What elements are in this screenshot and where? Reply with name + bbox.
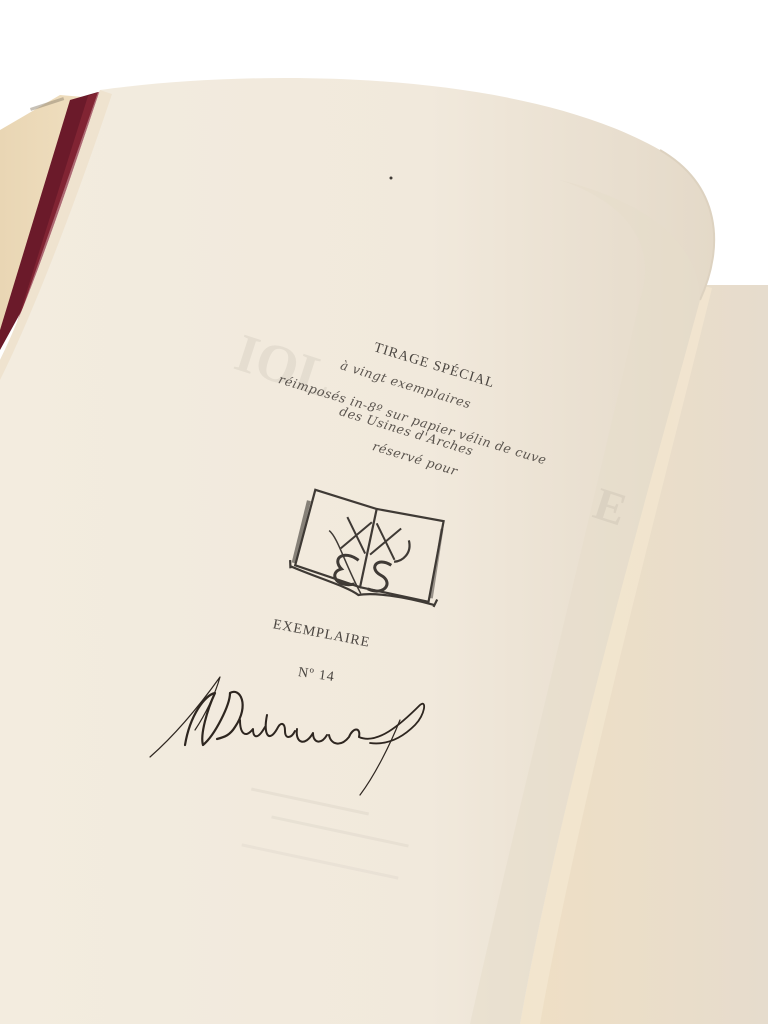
open-book-illustration <box>0 0 768 1024</box>
book-photo-scene: IOL E TIRAGE SPÉCIAL à vingt exemplaires… <box>0 0 768 1024</box>
